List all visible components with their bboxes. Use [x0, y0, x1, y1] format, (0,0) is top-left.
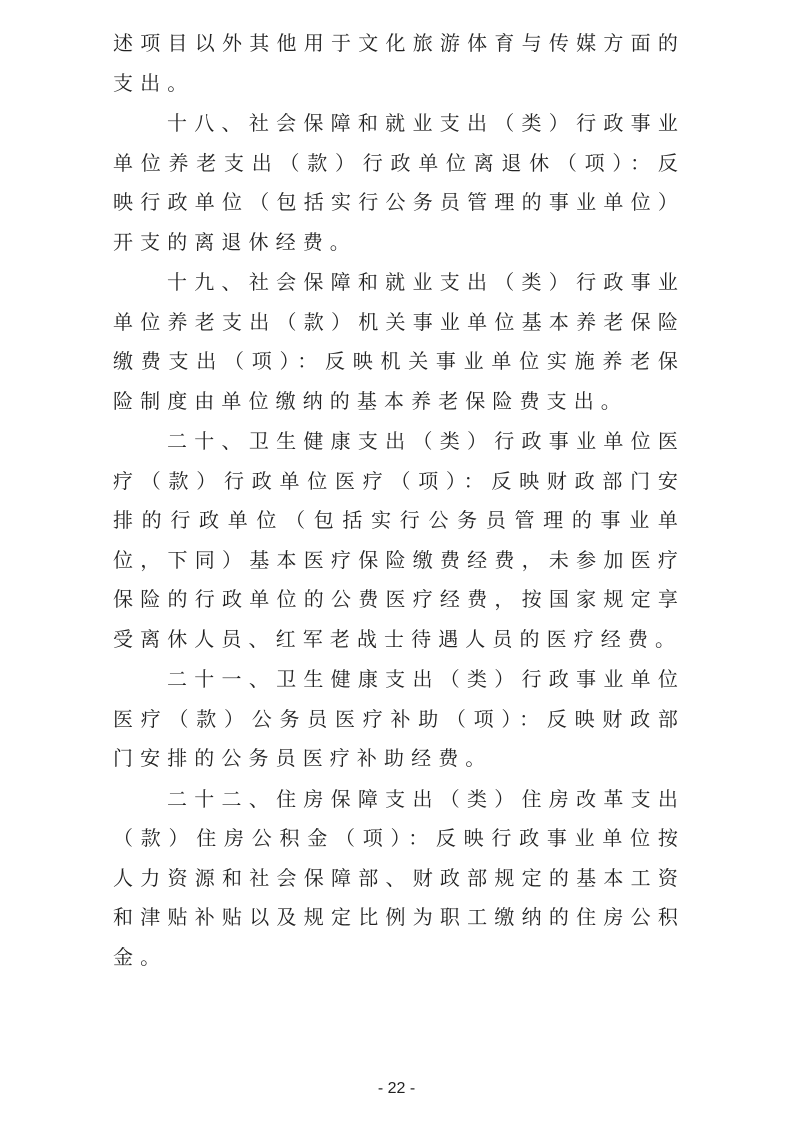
document-body: 述项目以外其他用于文化旅游体育与传媒方面的支出。 十八、社会保障和就业支出（类）…: [113, 24, 685, 977]
paragraph-continuation: 述项目以外其他用于文化旅游体育与传媒方面的支出。: [113, 24, 685, 103]
page-number: - 22 -: [0, 1080, 793, 1098]
paragraph-item-22: 二十二、住房保障支出（类）住房改革支出（款）住房公积金（项）：反映行政事业单位按…: [113, 780, 685, 978]
paragraph-item-19: 十九、社会保障和就业支出（类）行政事业单位养老支出（款）机关事业单位基本养老保险…: [113, 263, 685, 421]
paragraph-item-18: 十八、社会保障和就业支出（类）行政事业单位养老支出（款）行政单位离退休（项）：反…: [113, 104, 685, 262]
paragraph-item-20: 二十、卫生健康支出（类）行政事业单位医疗（款）行政单位医疗（项）：反映财政部门安…: [113, 422, 685, 659]
paragraph-item-21: 二十一、卫生健康支出（类）行政事业单位医疗（款）公务员医疗补助（项）：反映财政部…: [113, 660, 685, 779]
